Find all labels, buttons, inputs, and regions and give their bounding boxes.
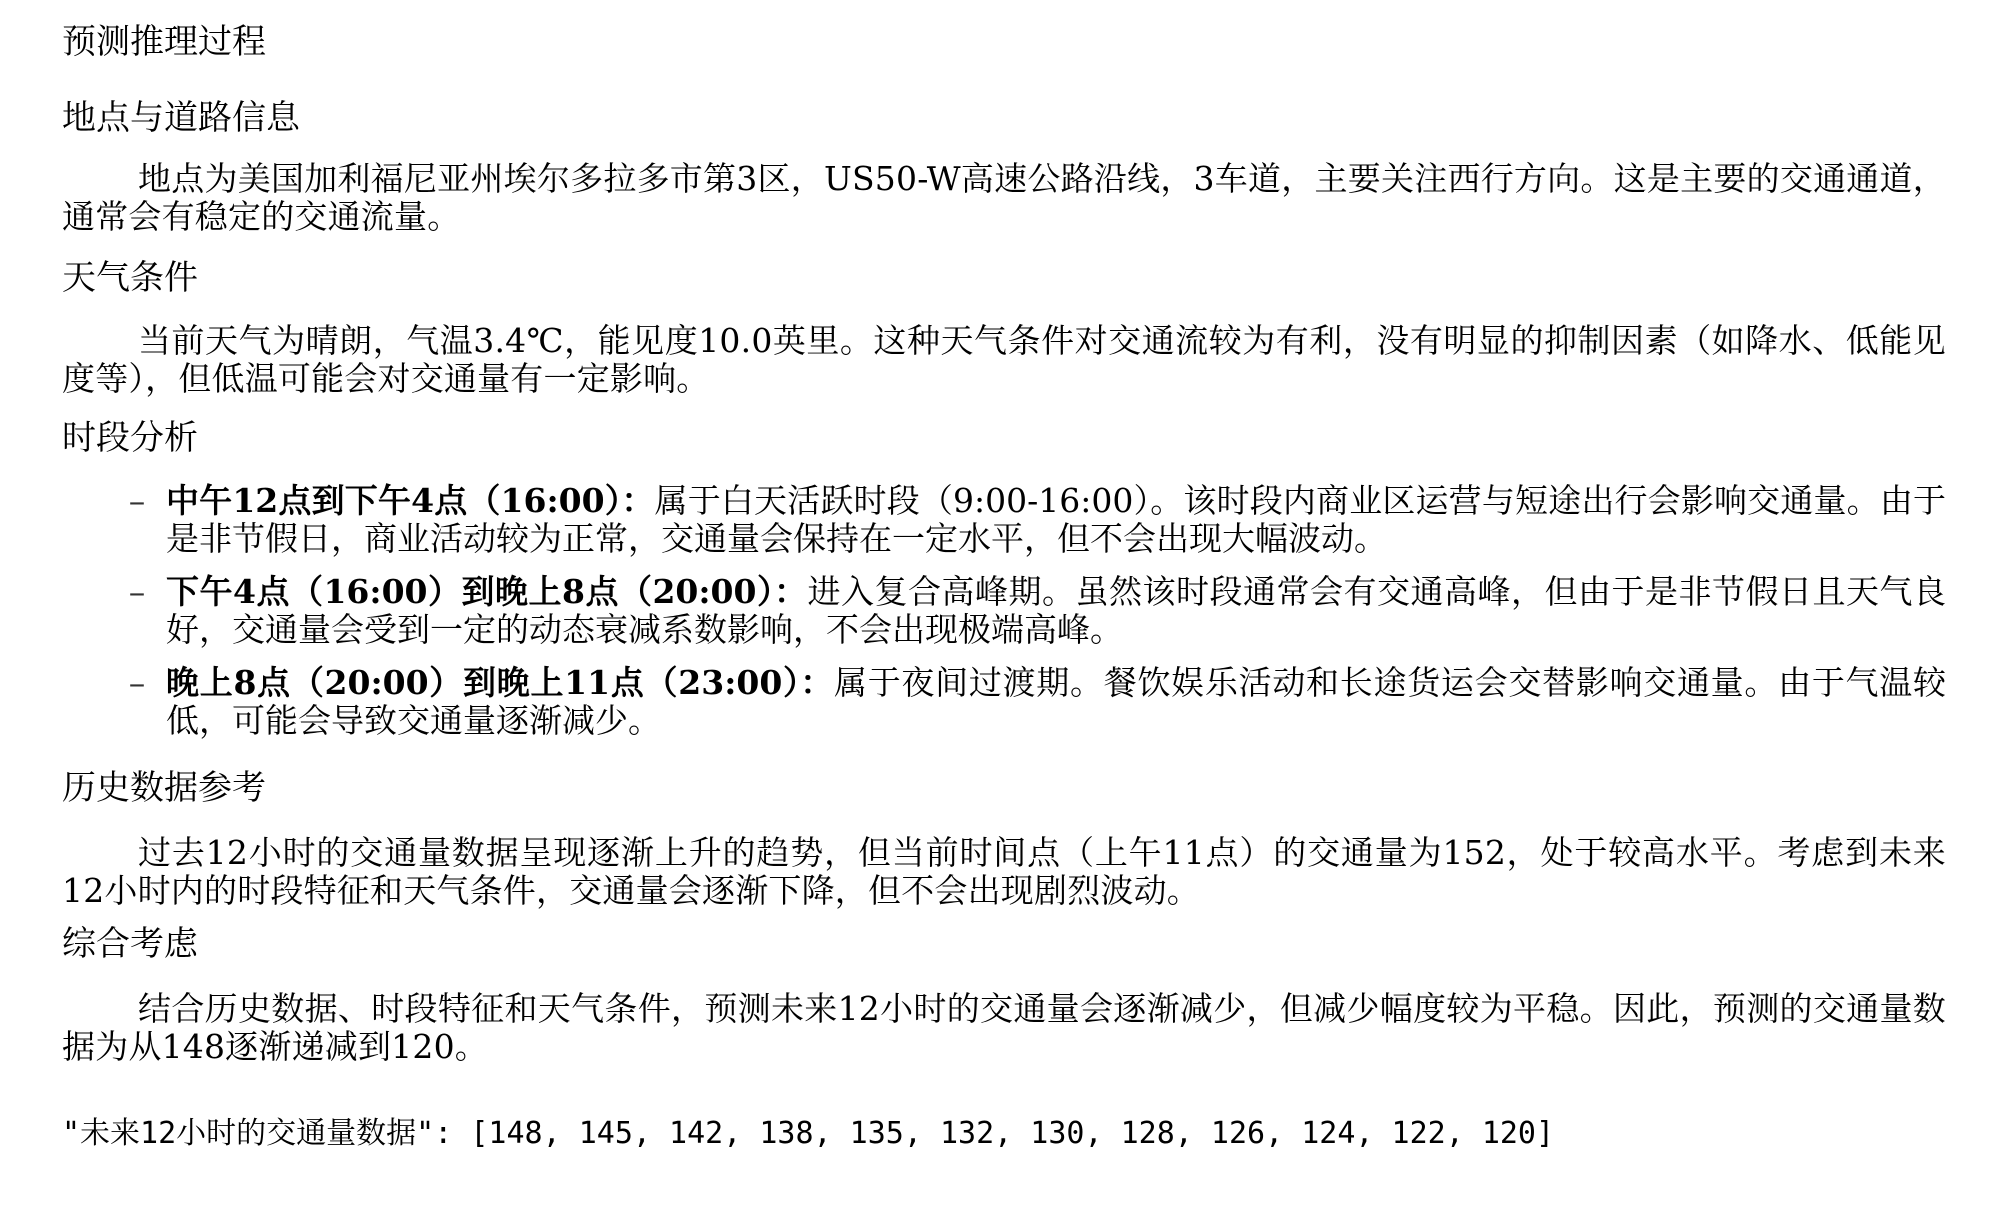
section-heading-overall: 综合考虑: [62, 922, 198, 966]
forecast-result-line: "未来12小时的交通量数据": [148, 145, 142, 138, 135…: [62, 1114, 1554, 1154]
list-item-lead: 中午12点到下午4点（16:00）：: [166, 481, 655, 520]
time-analysis-list: –中午12点到下午4点（16:00）：属于白天活跃时段（9:00-16:00）。…: [62, 482, 1946, 755]
list-item-4pm-to-8pm: –下午4点（16:00）到晚上8点（20:00）：进入复合高峰期。虽然该时段通常…: [62, 573, 1946, 649]
section-paragraph-overall: 结合历史数据、时段特征和天气条件，预测未来12小时的交通量会逐渐减少，但减少幅度…: [62, 990, 1946, 1066]
section-paragraph-weather: 当前天气为晴朗，气温3.4℃，能见度10.0英里。这种天气条件对交通流较为有利，…: [62, 322, 1946, 398]
section-paragraph-location: 地点为美国加利福尼亚州埃尔多拉多市第3区，US50-W高速公路沿线，3车道，主要…: [62, 160, 1946, 236]
list-item-noon-to-4pm: –中午12点到下午4点（16:00）：属于白天活跃时段（9:00-16:00）。…: [62, 482, 1946, 558]
list-item-8pm-to-11pm: –晚上8点（20:00）到晚上11点（23:00）：属于夜间过渡期。餐饮娱乐活动…: [62, 664, 1946, 740]
section-heading-location: 地点与道路信息: [62, 96, 300, 140]
document-title: 预测推理过程: [62, 20, 266, 64]
dash-bullet-icon: –: [122, 664, 152, 702]
dash-bullet-icon: –: [122, 482, 152, 520]
list-item-lead: 晚上8点（20:00）到晚上11点（23:00）：: [166, 663, 834, 702]
section-heading-historical: 历史数据参考: [62, 766, 266, 810]
dash-bullet-icon: –: [122, 573, 152, 611]
list-item-lead: 下午4点（16:00）到晚上8点（20:00）：: [166, 572, 807, 611]
section-heading-time-analysis: 时段分析: [62, 416, 198, 460]
section-heading-weather: 天气条件: [62, 256, 198, 300]
section-paragraph-historical: 过去12小时的交通量数据呈现逐渐上升的趋势，但当前时间点（上午11点）的交通量为…: [62, 834, 1946, 910]
